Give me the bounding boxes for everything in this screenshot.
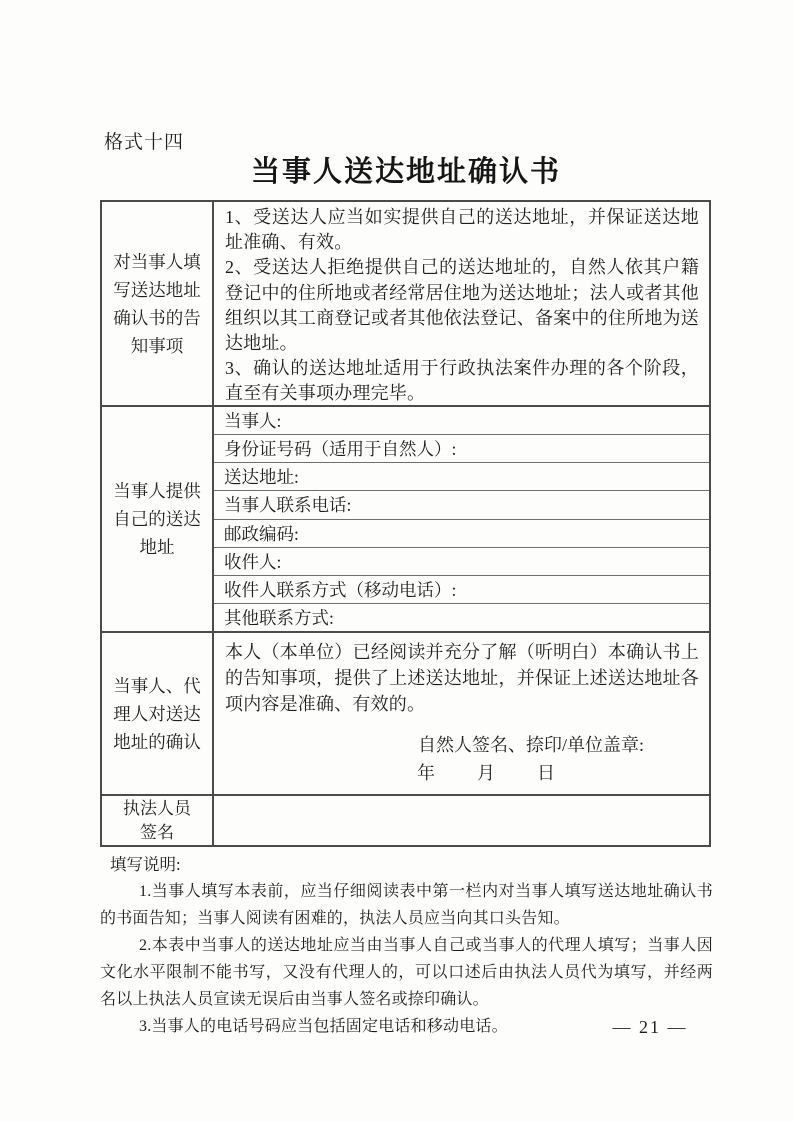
table-row-notice: 对当事人填写送达地址确认书的告知事项 1、受送达人应当如实提供自己的送达地址，并… [102, 202, 709, 407]
field-label: 收件人: [224, 549, 281, 574]
table-row-address-fields: 当事人提供自己的送达地址 当事人: 身份证号码（适用于自然人）: 送达地址: 当… [102, 407, 709, 633]
notice-item-2: 2、受送达人拒绝提供自己的送达地址的，自然人依其户籍登记中的住所地或者经常居住地… [225, 255, 699, 356]
field-label: 当事人联系电话: [224, 492, 351, 517]
scanned-form-page: 格式十四 当事人送达地址确认书 对当事人填写送达地址确认书的告知事项 1、受送达… [0, 0, 793, 1122]
notice-content-cell: 1、受送达人应当如实提供自己的送达地址，并保证送达地址准确、有效。 2、受送达人… [214, 202, 709, 405]
field-label: 当事人: [224, 408, 281, 433]
field-row-postal-code: 邮政编码: [214, 520, 709, 548]
field-row-party-phone: 当事人联系电话: [214, 491, 709, 519]
filling-instructions: 填写说明: 1.当事人填写本表前，应当仔细阅读表中第一栏内对当事人填写送达地址确… [100, 851, 713, 1040]
notice-header-cell: 对当事人填写送达地址确认书的告知事项 [102, 202, 214, 405]
note-item-1: 1.当事人填写本表前，应当仔细阅读表中第一栏内对当事人填写送达地址确认书的书面告… [100, 878, 713, 932]
confirmation-header-cell: 当事人、代理人对送达地址的确认 [102, 633, 214, 794]
confirmation-content-cell: 本人（本单位）已经阅读并充分了解（听明白）本确认书上的告知事项，提供了上述送达地… [214, 633, 709, 794]
date-label: 年 月 日 [225, 759, 699, 785]
field-row-recipient-mobile: 收件人联系方式（移动电话）: [214, 576, 709, 604]
field-row-service-address: 送达地址: [214, 463, 709, 491]
field-row-recipient: 收件人: [214, 548, 709, 576]
field-label: 邮政编码: [224, 521, 299, 546]
field-label: 身份证号码（适用于自然人）: [224, 436, 456, 461]
address-header-cell: 当事人提供自己的送达地址 [102, 407, 214, 631]
note-item-2: 2.本表中当事人的送达地址应当由当事人自己或当事人的代理人填写；当事人因文化水平… [100, 932, 713, 1013]
address-fields-cell: 当事人: 身份证号码（适用于自然人）: 送达地址: 当事人联系电话: 邮政编码:… [214, 407, 709, 631]
confirmation-header-label: 当事人、代理人对送达地址的确认 [112, 672, 202, 756]
field-row-id-number: 身份证号码（适用于自然人）: [214, 435, 709, 463]
notice-item-3: 3、确认的送达地址适用于行政执法案件办理的各个阶段，直至有关事项办理完毕。 [225, 356, 699, 406]
field-row-other-contact: 其他联系方式: [214, 604, 709, 631]
address-confirmation-table: 对当事人填写送达地址确认书的告知事项 1、受送达人应当如实提供自己的送达地址，并… [100, 200, 711, 847]
notice-header-label: 对当事人填写送达地址确认书的告知事项 [112, 248, 202, 360]
field-row-party: 当事人: [214, 407, 709, 435]
confirmation-statement: 本人（本单位）已经阅读并充分了解（听明白）本确认书上的告知事项，提供了上述送达地… [225, 639, 699, 717]
table-row-confirmation: 当事人、代理人对送达地址的确认 本人（本单位）已经阅读并充分了解（听明白）本确认… [102, 633, 709, 796]
officer-signature-header-cell: 执法人员签名 [102, 796, 214, 845]
signature-label: 自然人签名、捺印/单位盖章: [225, 731, 699, 757]
page-number: — 21 — [570, 1017, 730, 1038]
field-label: 送达地址: [224, 464, 299, 489]
field-label: 其他联系方式: [224, 605, 334, 630]
officer-signature-blank-cell [214, 796, 709, 845]
officer-signature-header-label: 执法人员签名 [120, 797, 194, 845]
address-header-label: 当事人提供自己的送达地址 [112, 477, 202, 561]
notes-title: 填写说明: [100, 851, 713, 878]
table-row-officer-signature: 执法人员签名 [102, 796, 709, 845]
page-title: 当事人送达地址确认书 [100, 149, 712, 190]
field-label: 收件人联系方式（移动电话）: [224, 577, 456, 602]
notice-item-1: 1、受送达人应当如实提供自己的送达地址，并保证送达地址准确、有效。 [225, 205, 699, 255]
